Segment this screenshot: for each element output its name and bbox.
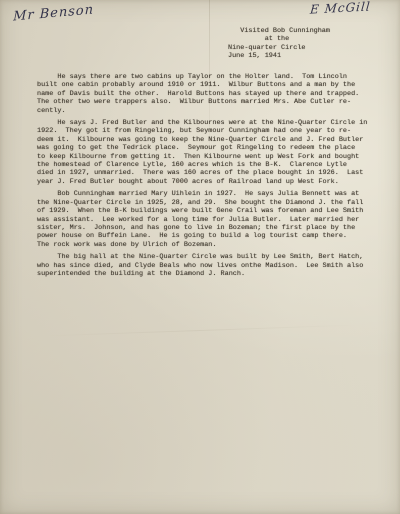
paragraph-3: Bob Cunningham married Mary Uihlein in 1… xyxy=(37,190,377,249)
paragraph-1: He says there are two cabins up Taylor o… xyxy=(37,73,377,115)
handwritten-annotation-top-left: Mr Benson xyxy=(13,2,94,24)
document-header: Visited Bob Cunningham at the Nine-quart… xyxy=(228,27,330,61)
paragraph-2: He says J. Fred Butler and the Kilbourne… xyxy=(37,119,377,186)
document-body: He says there are two cabins up Taylor o… xyxy=(37,73,377,282)
paragraph-4: The big hall at the Nine-Quarter Circle … xyxy=(37,253,377,278)
scanned-document-page: Mr Benson E McGill Visited Bob Cunningha… xyxy=(0,0,400,514)
handwritten-annotation-top-right: E McGill xyxy=(309,0,371,17)
paper-crease-horizontal xyxy=(40,324,360,336)
